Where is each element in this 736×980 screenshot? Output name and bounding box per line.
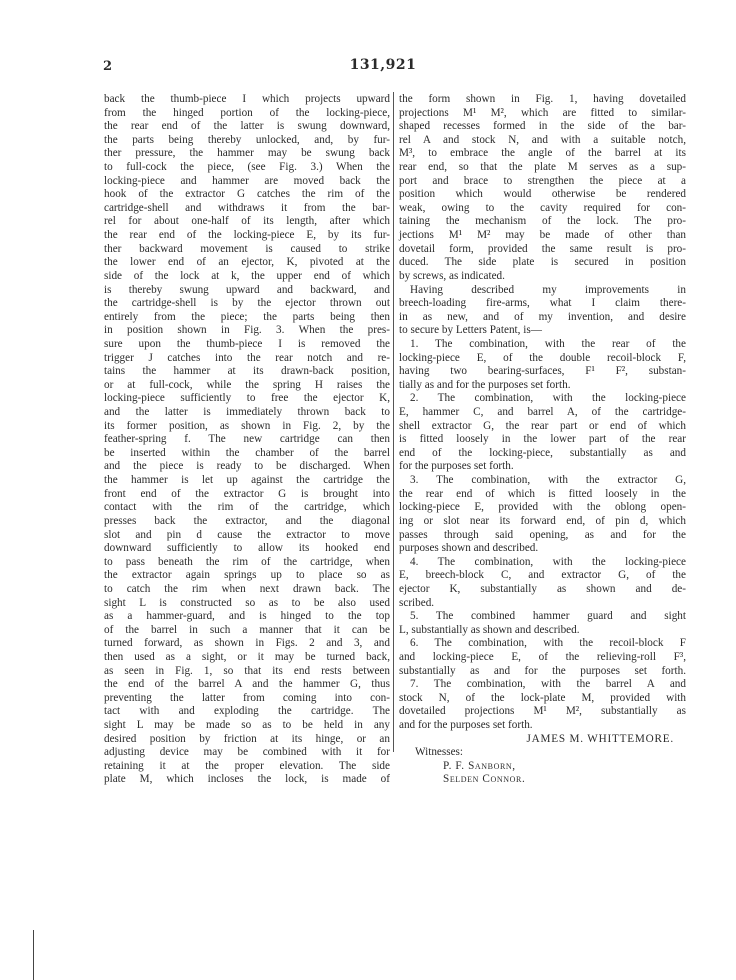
text-line: adjusting device may be combined with it… xyxy=(104,746,390,760)
text-line: or at full-cock, while the spring H rais… xyxy=(104,379,390,393)
text-line: presses back the extractor, and the diag… xyxy=(104,515,390,529)
text-line: entirely from the piece; the parts being… xyxy=(104,311,390,325)
text-line: duced. The side plate is secured in posi… xyxy=(399,256,686,270)
text-line: passes through said opening, as and for … xyxy=(399,529,686,543)
text-line: 7. The combination, with the barrel A an… xyxy=(399,678,686,692)
text-line: jections M¹ M² may be made of other than xyxy=(399,229,686,243)
margin-mark xyxy=(33,930,34,980)
text-line: tains the hammer at its drawn-back posit… xyxy=(104,365,390,379)
text-line: the end of the barrel A and the hammer G… xyxy=(104,678,390,692)
text-line: by screws, as indicated. xyxy=(399,270,686,284)
text-line: dovetail form, provided the same result … xyxy=(399,243,686,257)
text-line: to secure by Letters Patent, is— xyxy=(399,324,686,338)
text-line: L, substantially as shown and described. xyxy=(399,624,686,638)
text-line: as a hammer-guard, and is hinged to the … xyxy=(104,610,390,624)
text-line: E, hammer C, and barrel A, of the cartri… xyxy=(399,406,686,420)
text-line: rear end, so that the plate M serves as … xyxy=(399,161,686,175)
text-line: 6. The combination, with the recoil-bloc… xyxy=(399,637,686,651)
text-line: its former position, as shown in Fig. 2,… xyxy=(104,420,390,434)
text-line: plate M, which incloses the lock, is mad… xyxy=(104,773,390,787)
text-line: position which would otherwise be render… xyxy=(399,188,686,202)
text-line: ther pressure, the hammer may be swung b… xyxy=(104,147,390,161)
text-line: shaped recesses formed in the side of th… xyxy=(399,120,686,134)
text-line: the rear end of the latter is swung down… xyxy=(104,120,390,134)
text-line: is fitted loosely in the lower part of t… xyxy=(399,433,686,447)
text-line: side of the lock at k, the upper end of … xyxy=(104,270,390,284)
text-line: breech-loading fire-arms, what I claim t… xyxy=(399,297,686,311)
text-line: rel for about one-half of its length, af… xyxy=(104,215,390,229)
right-column-body: the form shown in Fig. 1, having dovetai… xyxy=(399,93,686,733)
text-line: ther backward movement is caused to stri… xyxy=(104,243,390,257)
text-line: back the thumb-piece I which projects up… xyxy=(104,93,390,107)
text-line: to catch the rim when next drawn back. T… xyxy=(104,583,390,597)
text-line: Having described my improvements in xyxy=(399,284,686,298)
witnesses-label: Witnesses: xyxy=(399,746,686,760)
text-line: rel A and stock N, and with a suitable n… xyxy=(399,134,686,148)
witness-name: P. F. Sanborn, xyxy=(399,760,686,774)
text-line: having two bearing-surfaces, F¹ F², subs… xyxy=(399,365,686,379)
text-line: front end of the extractor G is brought … xyxy=(104,488,390,502)
text-line: and for the purposes set forth. xyxy=(399,719,686,733)
text-line: for the purposes set forth. xyxy=(399,460,686,474)
text-line: tact with and exploding the cartridge. T… xyxy=(104,705,390,719)
text-line: port and brace to strengthen the piece a… xyxy=(399,175,686,189)
text-line: dovetailed projections M¹ M², substantia… xyxy=(399,705,686,719)
text-line: weak, owing to the cavity required for c… xyxy=(399,202,686,216)
patent-number: 131,921 xyxy=(0,57,736,73)
text-line: locking-piece E, of the double recoil-bl… xyxy=(399,352,686,366)
text-line: be inserted within the chamber of the ba… xyxy=(104,447,390,461)
text-line: 5. The combined hammer guard and sight xyxy=(399,610,686,624)
text-line: downward sufficiently to allow its hooke… xyxy=(104,542,390,556)
text-line: M³, to embrace the angle of the barrel a… xyxy=(399,147,686,161)
text-line: then used as a sight, or it may be turne… xyxy=(104,651,390,665)
text-line: scribed. xyxy=(399,597,686,611)
text-line: 2. The combination, with the locking-pie… xyxy=(399,392,686,406)
text-line: purposes shown and described. xyxy=(399,542,686,556)
text-line: ing or slot near its forward end, of pin… xyxy=(399,515,686,529)
text-line: sight L is constructed so as to be also … xyxy=(104,597,390,611)
text-line: trigger J catches into the rear notch an… xyxy=(104,352,390,366)
text-line: desired position by friction at its hing… xyxy=(104,733,390,747)
text-line: taining the mechanism of the lock. The p… xyxy=(399,215,686,229)
text-line: locking-piece sufficiently to free the e… xyxy=(104,392,390,406)
text-line: locking-piece and hammer are moved back … xyxy=(104,175,390,189)
text-line: contact with the rim of the cartridge, w… xyxy=(104,501,390,515)
signature: JAMES M. WHITTEMORE. xyxy=(399,733,686,747)
text-line: of the barrel in such a manner that it c… xyxy=(104,624,390,638)
text-line: from the hinged portion of the locking-p… xyxy=(104,107,390,121)
text-line: and locking-piece E, of the relieving-ro… xyxy=(399,651,686,665)
text-line: the extractor again springs up to place … xyxy=(104,569,390,583)
text-line: the form shown in Fig. 1, having dovetai… xyxy=(399,93,686,107)
text-line: sight L may be made so as to be held in … xyxy=(104,719,390,733)
text-line: shell extractor G, the rear part or end … xyxy=(399,420,686,434)
column-divider xyxy=(393,92,394,752)
text-line: feather-spring f. The new cartridge can … xyxy=(104,433,390,447)
text-line: the parts being thereby unlocked, and, b… xyxy=(104,134,390,148)
text-line: the rear end of which is fitted loosely … xyxy=(399,488,686,502)
text-line: is thereby swung upward and backward, an… xyxy=(104,284,390,298)
text-line: the hammer is let up against the cartrid… xyxy=(104,474,390,488)
text-line: and the latter is immediately thrown bac… xyxy=(104,406,390,420)
text-line: and the piece is ready to be discharged.… xyxy=(104,460,390,474)
text-line: the lower end of an ejector, K, pivoted … xyxy=(104,256,390,270)
text-line: in position shown in Fig. 3. When the pr… xyxy=(104,324,390,338)
text-line: 4. The combination, with the locking-pie… xyxy=(399,556,686,570)
text-line: the cartridge-shell is by the ejector th… xyxy=(104,297,390,311)
text-line: cartridge-shell and withdraws it from th… xyxy=(104,202,390,216)
text-line: E, breech-block C, and extractor G, of t… xyxy=(399,569,686,583)
witness-name: Selden Connor. xyxy=(399,773,686,787)
text-line: tially as and for the purposes set forth… xyxy=(399,379,686,393)
text-line: projections M¹ M², which are fitted to s… xyxy=(399,107,686,121)
text-line: turned forward, as shown in Figs. 2 and … xyxy=(104,637,390,651)
text-line: as seen in Fig. 1, so that its end rests… xyxy=(104,665,390,679)
text-line: to pass beneath the rim of the cartridge… xyxy=(104,556,390,570)
text-line: 1. The combination, with the rear of the xyxy=(399,338,686,352)
text-line: ejector K, substantially as shown and de… xyxy=(399,583,686,597)
text-line: stock N, of the lock-plate M, provided w… xyxy=(399,692,686,706)
text-line: in as new, and of my invention, and desi… xyxy=(399,311,686,325)
text-line: end of the locking-piece, substantially … xyxy=(399,447,686,461)
text-line: the rear end of the locking-piece E, by … xyxy=(104,229,390,243)
text-line: to full-cock the piece, (see Fig. 3.) Wh… xyxy=(104,161,390,175)
text-line: locking-piece E, provided with the oblon… xyxy=(399,501,686,515)
text-line: slot and pin d cause the extractor to mo… xyxy=(104,529,390,543)
text-line: hook of the extractor G catches the rim … xyxy=(104,188,390,202)
left-column: back the thumb-piece I which projects up… xyxy=(104,93,390,787)
text-line: retaining it at the proper elevation. Th… xyxy=(104,760,390,774)
text-line: sure upon the thumb-piece I is removed t… xyxy=(104,338,390,352)
right-column: the form shown in Fig. 1, having dovetai… xyxy=(399,93,686,787)
text-line: preventing the latter from coming into c… xyxy=(104,692,390,706)
text-line: 3. The combination, with the extractor G… xyxy=(399,474,686,488)
text-line: substantially as and for the purposes se… xyxy=(399,665,686,679)
